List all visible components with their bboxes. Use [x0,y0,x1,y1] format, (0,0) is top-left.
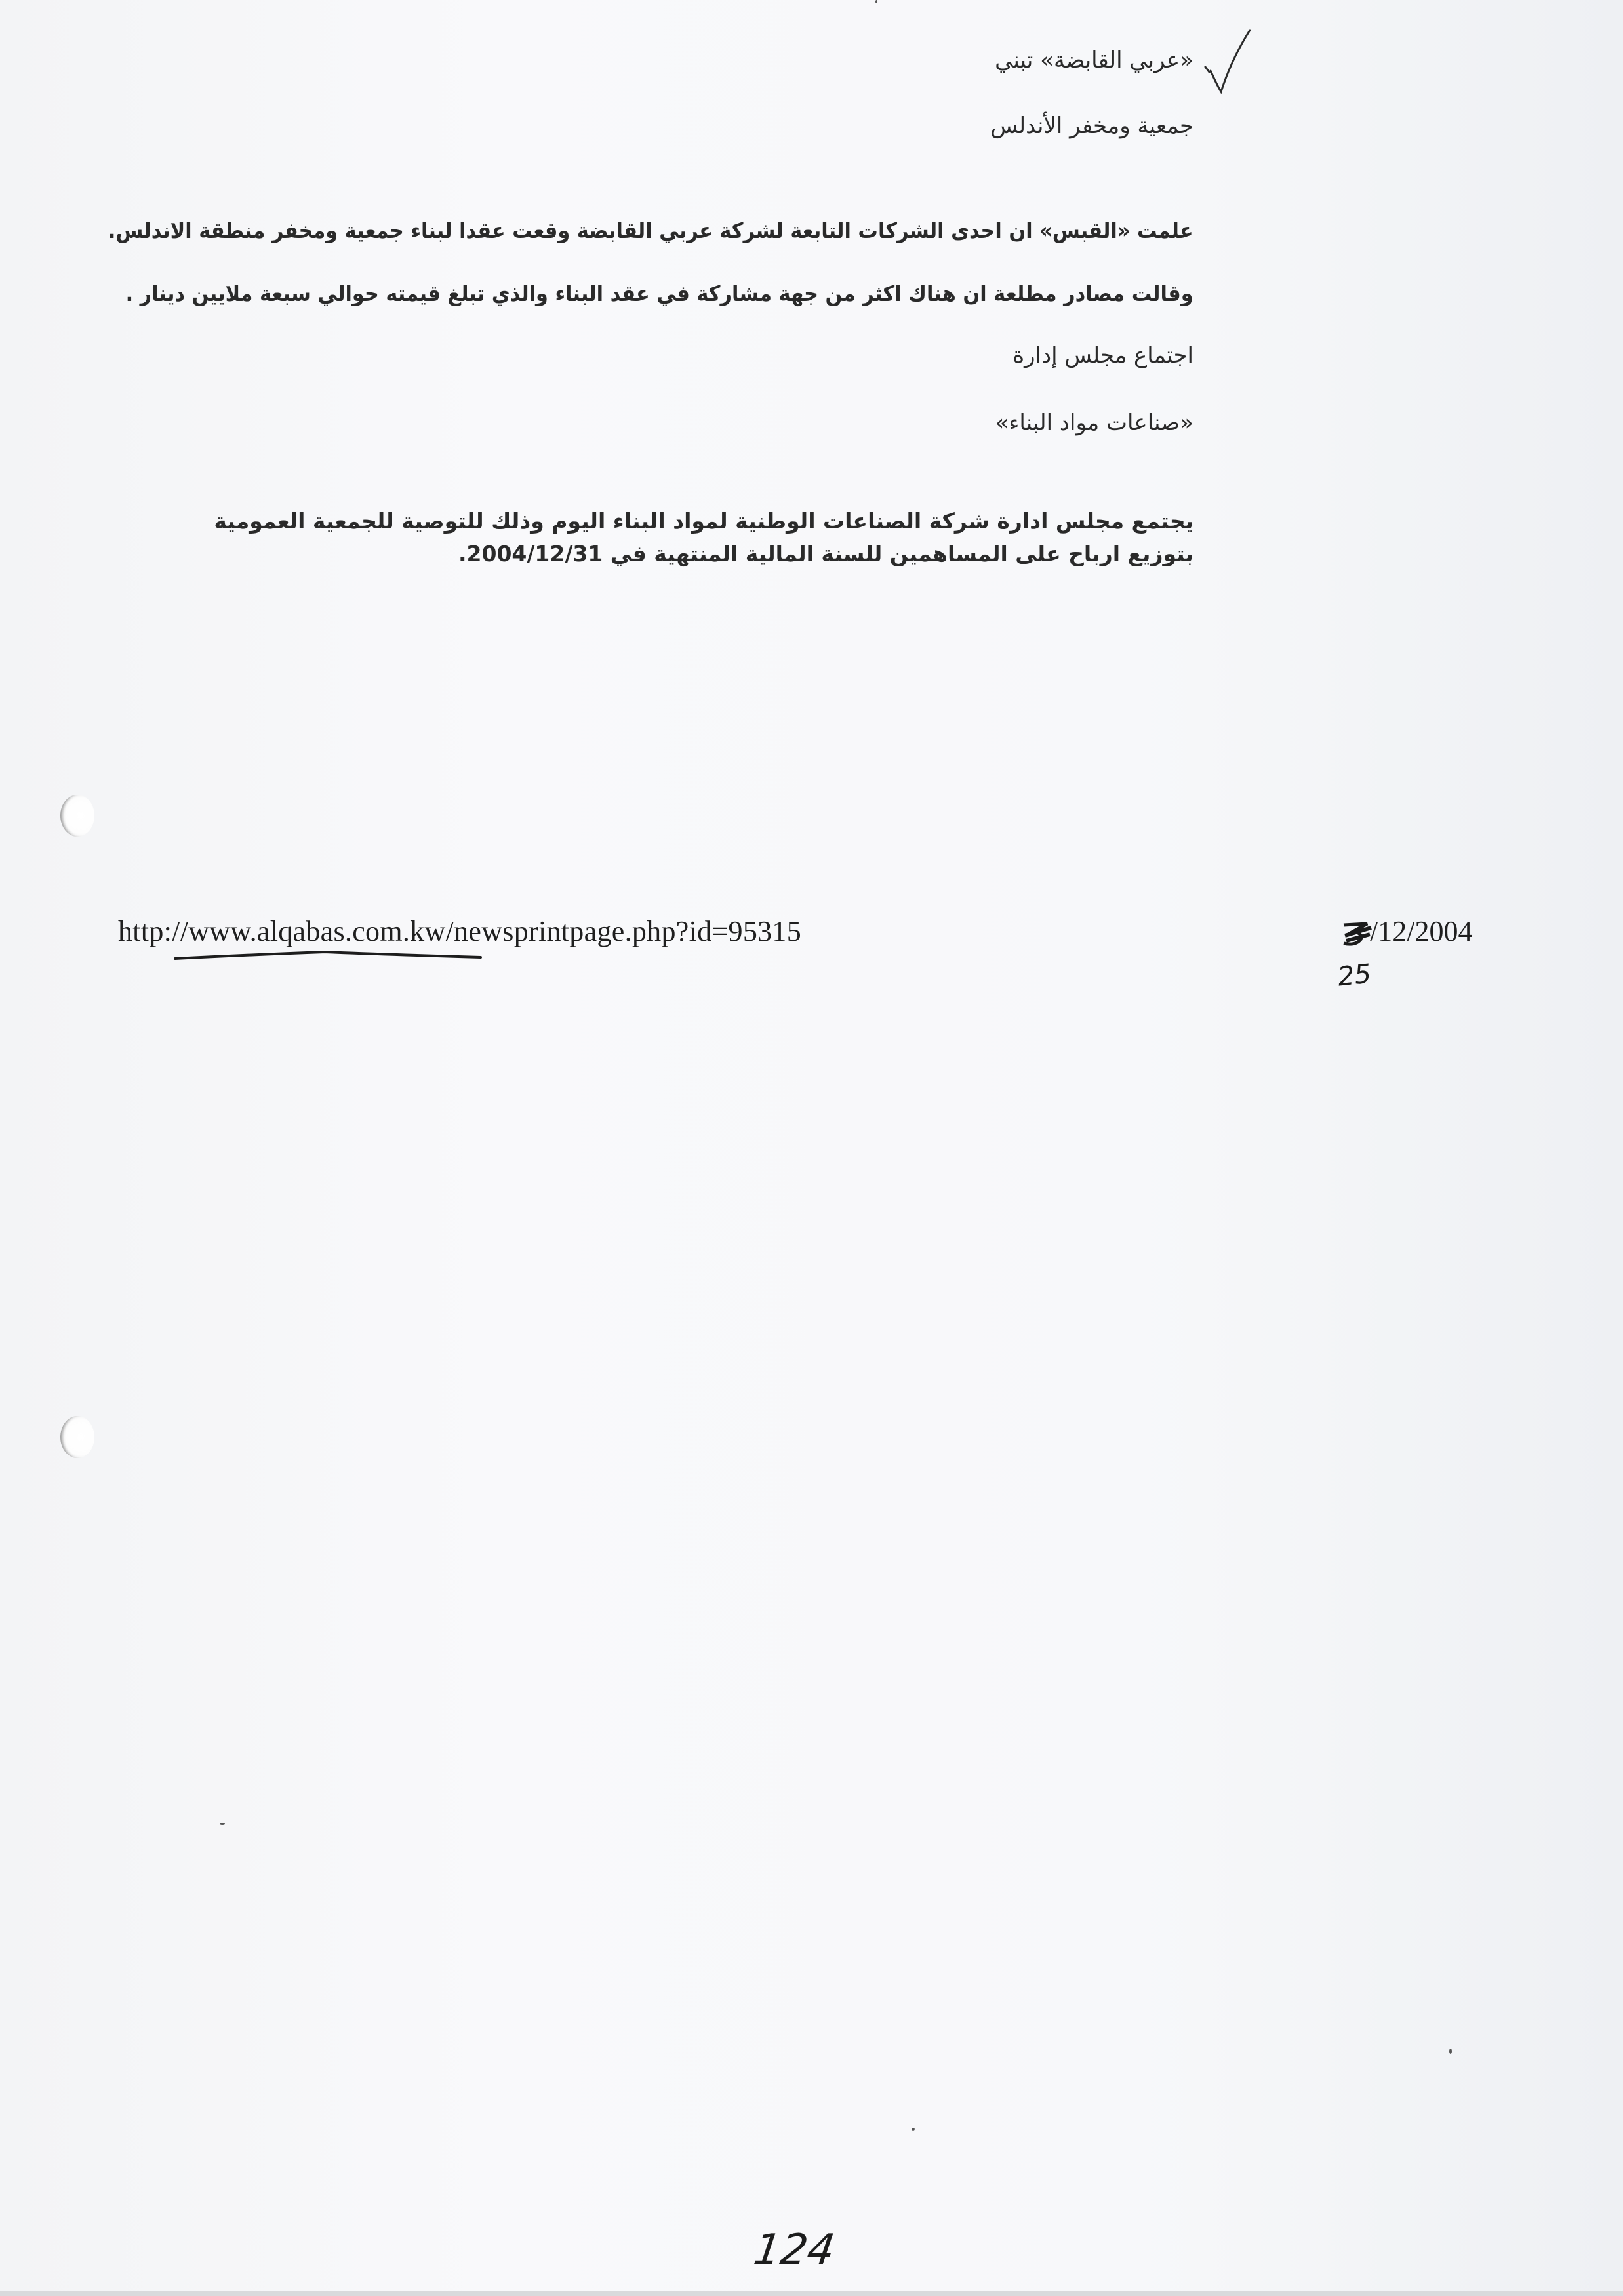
scan-speck [912,2128,915,2131]
handwritten-underline [174,949,482,962]
scan-speck [220,1823,225,1825]
handwritten-page-number: 124 [751,2226,838,2274]
article-paragraph-2: وقالت مصادر مطلعة ان هناك اكثر من جهة مش… [126,281,1193,306]
source-url: http://www.alqabas.com.kw/newsprintpage.… [118,915,801,948]
punch-hole [60,795,94,837]
strikeout-mark [1341,921,1374,947]
page-edge [0,2291,1623,2296]
subheadline-line2: «صناعات مواد البناء» [995,410,1193,436]
scanned-page: «عربي القابضة» تبني جمعية ومخفر الأندلس … [0,0,1623,2296]
checkmark-icon [1200,26,1252,98]
scan-speck [875,0,877,3]
punch-hole [60,1416,94,1458]
article-headline-line2: جمعية ومخفر الأندلس [990,113,1193,139]
scan-speck [1449,2049,1452,2054]
article-headline-line1: «عربي القابضة» تبني [995,47,1193,73]
handwritten-date-correction: 25 [1336,959,1373,992]
article-paragraph-1: علمت «القبس» ان احدى الشركات التابعة لشر… [108,218,1193,243]
subheadline-line1: اجتماع مجلس إدارة [1012,342,1193,368]
article-paragraph-3: يجتمع مجلس ادارة شركة الصناعات الوطنية ل… [197,505,1193,570]
print-date-month-year: /12/2004 [1370,915,1472,947]
